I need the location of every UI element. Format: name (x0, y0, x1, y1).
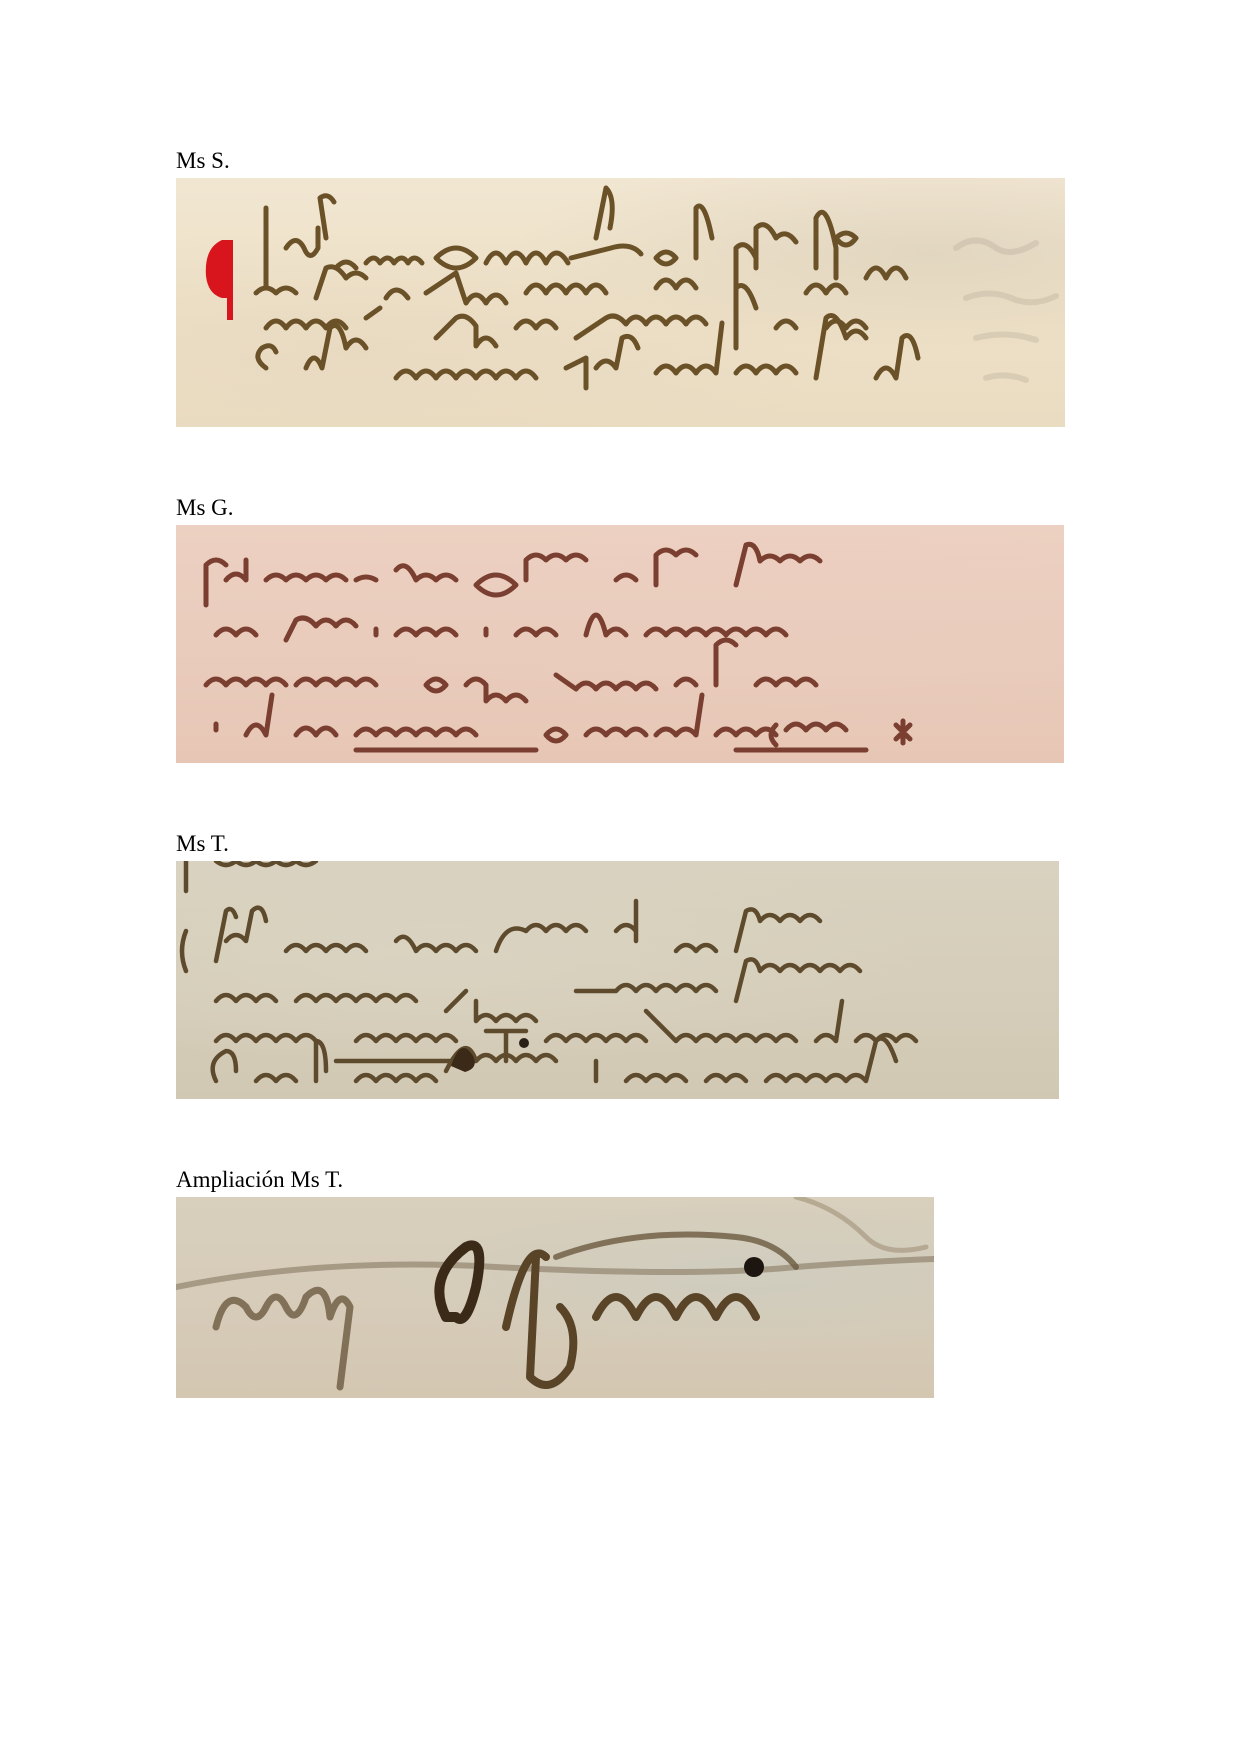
figure-label-ms-t: Ms T. (176, 831, 229, 857)
figure-label-ampliacion-ms-t: Ampliación Ms T. (176, 1167, 343, 1193)
figure-label-ms-s: Ms S. (176, 148, 230, 174)
manuscript-t-enlargement-image (176, 1197, 934, 1398)
manuscript-s-image (176, 178, 1065, 427)
figure-label-ms-g: Ms G. (176, 495, 234, 521)
manuscript-g-handwriting (176, 525, 1064, 763)
manuscript-t-image (176, 861, 1059, 1099)
manuscript-g-image (176, 525, 1064, 763)
manuscript-s-handwriting (176, 178, 1065, 427)
manuscript-t-enlargement-handwriting (176, 1197, 934, 1398)
manuscript-t-handwriting (176, 861, 1059, 1099)
